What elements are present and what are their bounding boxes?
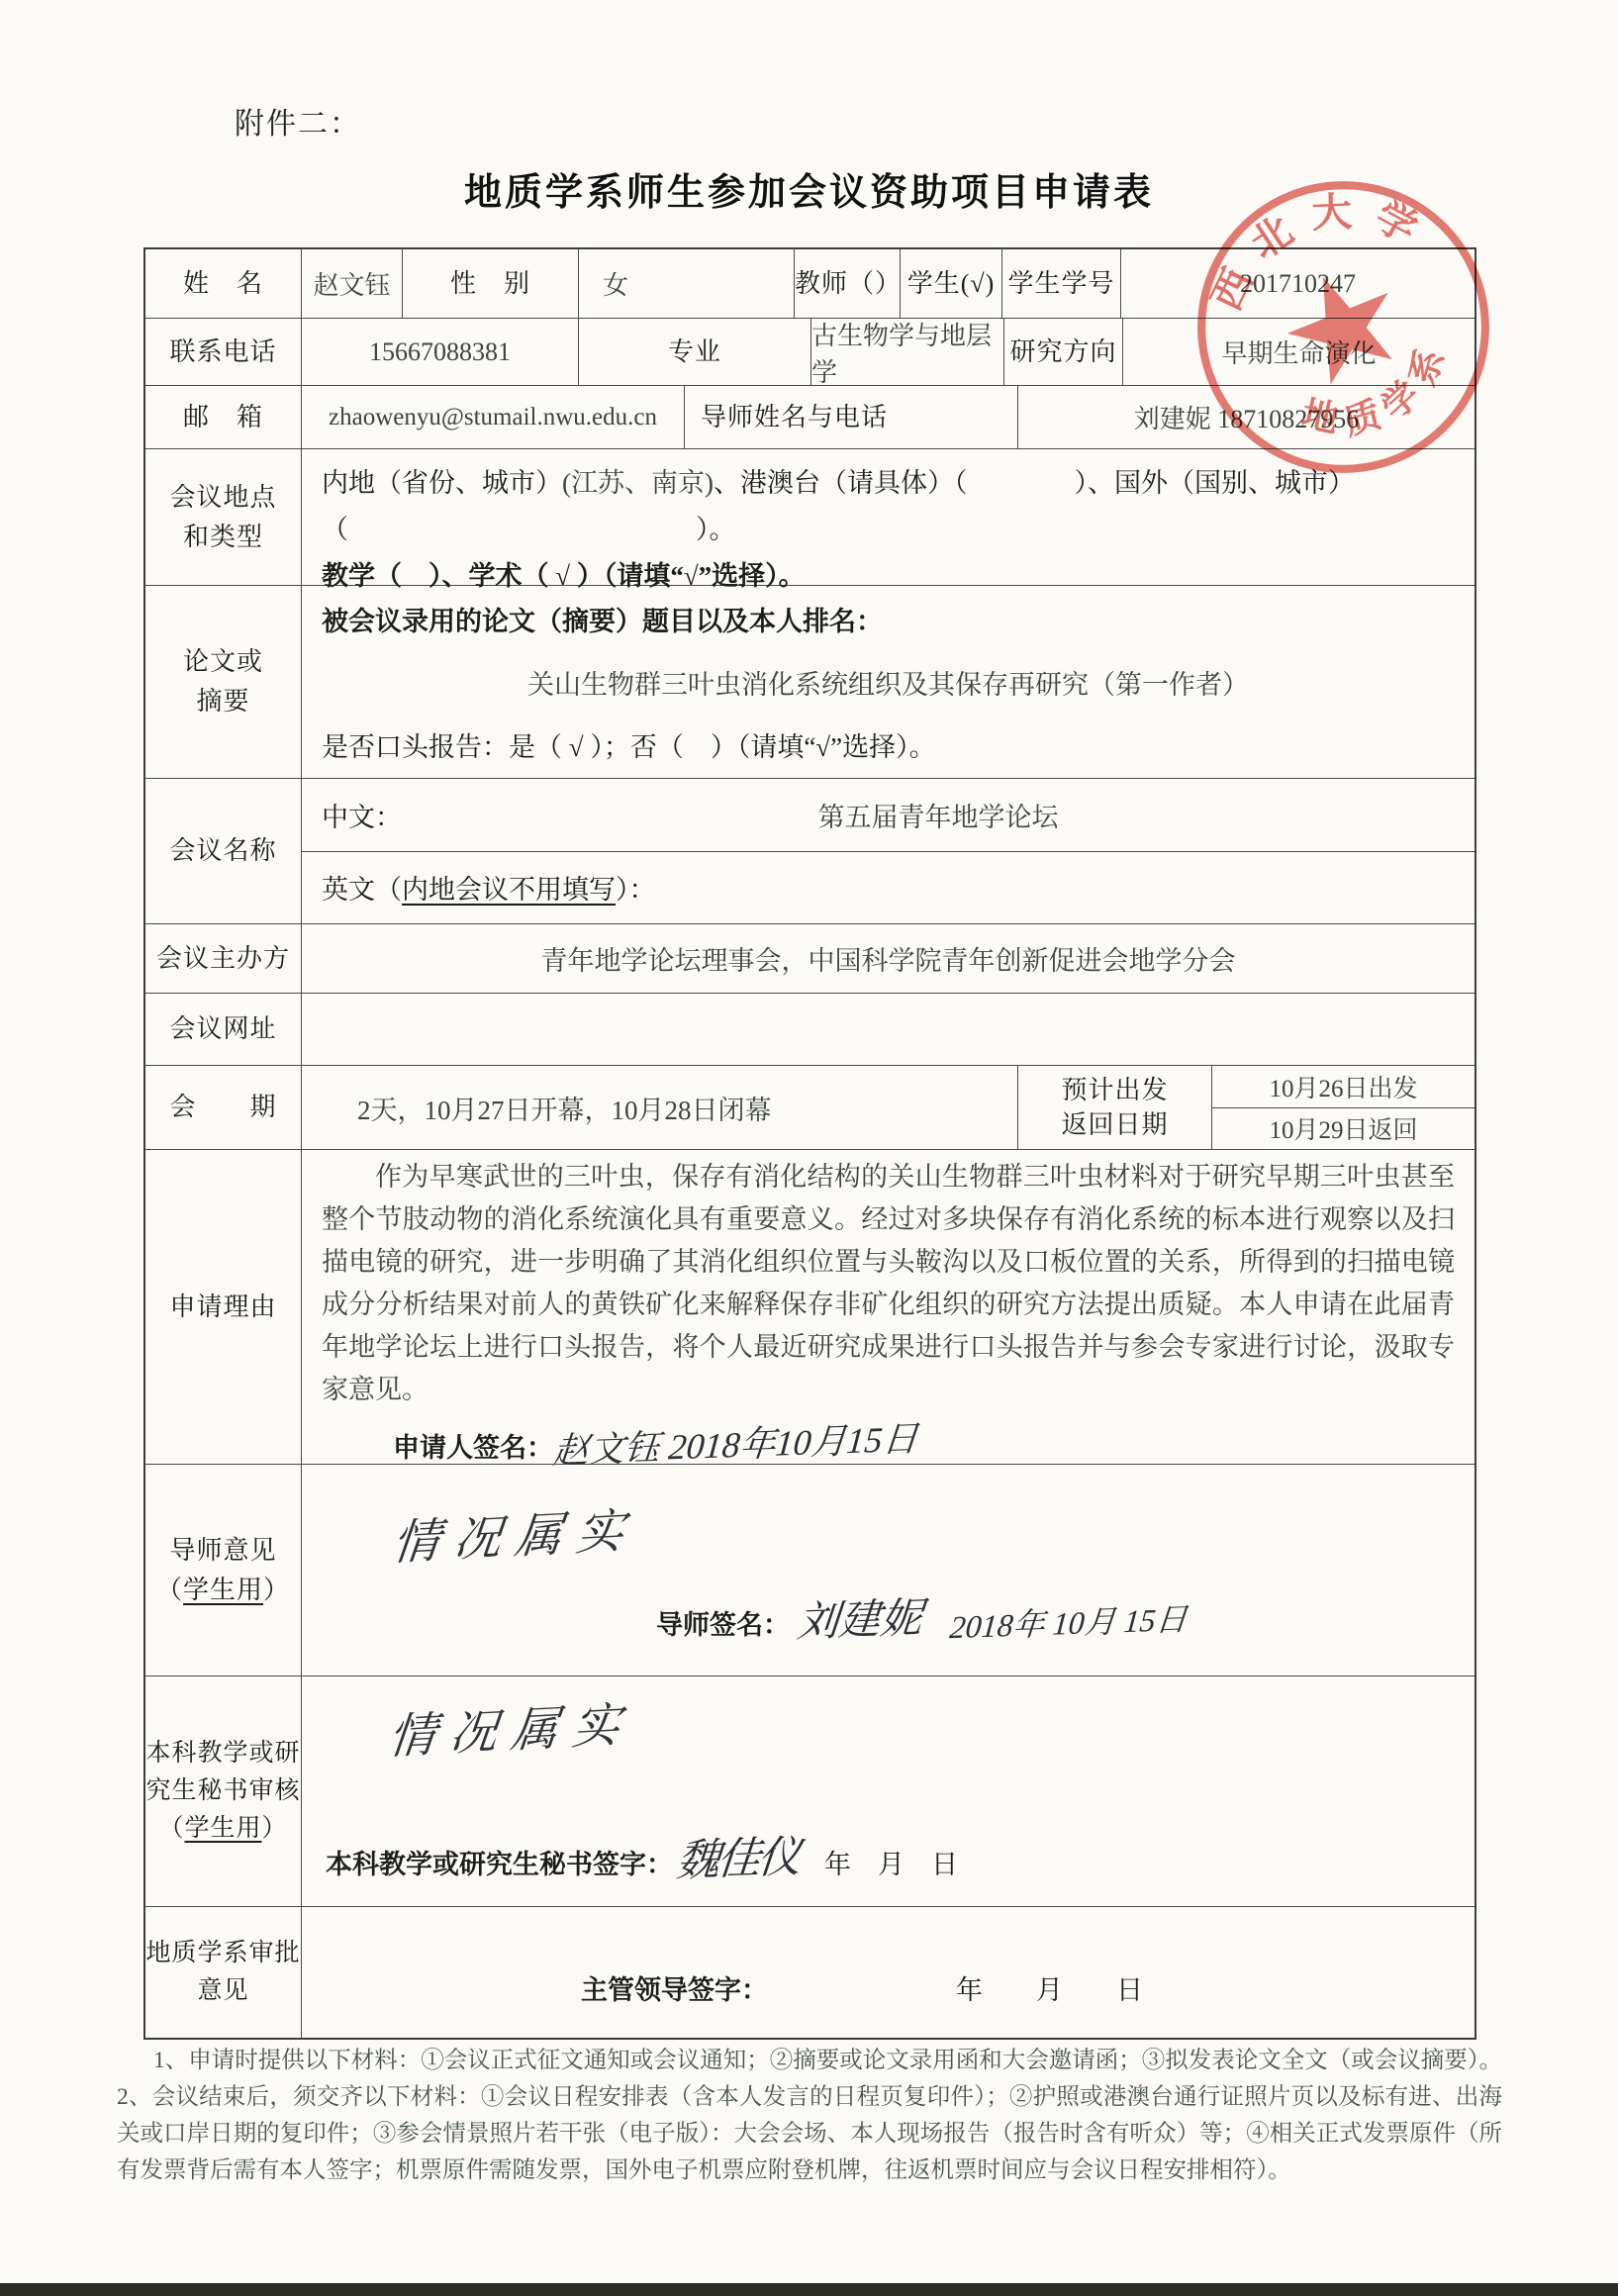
row-contact: 联系电话 15667088381 专业 古生物学与地层学 研究方向 早期生命演化 — [145, 319, 1475, 386]
row-department-approval: 地质学系审批 意见 主管领导签字： 年 月 日 — [145, 1907, 1475, 2038]
meeting-name-content: 中文： 第五届青年地学论坛 英文（内地会议不用填写）： — [302, 779, 1475, 923]
advisor-opinion-student-use: 学生用 — [183, 1576, 263, 1604]
advisor-signature-label: 导师签名： — [656, 1603, 790, 1642]
reason-content: 作为早寒武世的三叶虫，保存有消化结构的关山生物群三叶虫材料对于研究早期三叶虫甚至… — [302, 1150, 1475, 1464]
phone-label: 联系电话 — [145, 319, 302, 385]
paper-abstract-label: 论文或 摘要 — [145, 586, 302, 778]
department-approval-label-line1: 地质学系审批 — [145, 1935, 300, 1972]
leader-signature-line: 主管领导签字： 年 月 日 — [581, 1968, 1143, 2007]
row-paper-abstract: 论文或 摘要 被会议录用的论文（摘要）题目以及本人排名： 关山生物群三叶虫消化系… — [145, 586, 1475, 779]
secretary-review-paren-close: ） — [262, 1815, 288, 1842]
secretary-comment-handwriting: 情况属实 — [386, 1685, 638, 1767]
advisor-comment-handwriting: 情况属实 — [390, 1491, 642, 1573]
location-mainland-value: (江苏、南京) — [562, 468, 714, 498]
meeting-name-cn-row: 中文： 第五届青年地学论坛 — [302, 779, 1475, 852]
advisor-opinion-label-line2: （学生用） — [156, 1571, 290, 1610]
meeting-name-en-suffix: ）： — [616, 868, 656, 907]
row-email-advisor: 邮 箱 zhaowenyu@stumail.nwu.edu.cn 导师姓名与电话… — [145, 386, 1475, 449]
secretary-review-label-line3: （学生用） — [158, 1810, 287, 1848]
student-id-label: 学生学号 — [1002, 249, 1121, 318]
advisor-label: 导师姓名与电话 — [685, 386, 1018, 448]
secretary-date-placeholder: 年 月 日 — [824, 1843, 958, 1881]
location-line2: （ ）。 — [322, 508, 1455, 546]
paper-abstract-content: 被会议录用的论文（摘要）题目以及本人排名： 关山生物群三叶虫消化系统组织及其保存… — [302, 586, 1475, 778]
row-organizer: 会议主办方 青年地学论坛理事会，中国科学院青年创新促进会地学分会 — [145, 924, 1475, 994]
gender-label: 性 别 — [403, 249, 579, 318]
secretary-signature-label: 本科教学或研究生秘书签字： — [326, 1843, 673, 1881]
depart-return-label-line2: 返回日期 — [1061, 1107, 1168, 1142]
advisor-opinion-label-line1: 导师意见 — [169, 1531, 276, 1571]
research-direction-value: 早期生命演化 — [1123, 319, 1475, 385]
depart-return-label: 预计出发 返回日期 — [1018, 1066, 1212, 1149]
meeting-name-cn-value: 第五届青年地学论坛 — [402, 796, 1475, 834]
major-label: 专业 — [579, 319, 811, 385]
secretary-review-label-line1: 本科教学或研 — [145, 1735, 300, 1772]
paper-title-prompt: 被会议录用的论文（摘要）题目以及本人排名： — [322, 600, 1455, 638]
footer-note: 1、申请时提供以下材料：①会议正式征文通知或会议通知；②摘要或论文录用函和大会邀… — [117, 2043, 1502, 2189]
website-label: 会议网址 — [145, 994, 302, 1065]
secretary-review-student-use: 学生用 — [184, 1815, 261, 1842]
location-type-content: 内地（省份、城市）(江苏、南京)、港澳台（请具体）（ ）、国外（国别、城市） （… — [302, 449, 1475, 585]
location-line1: 内地（省份、城市）(江苏、南京)、港澳台（请具体）（ ）、国外（国别、城市） — [322, 461, 1455, 500]
dates-duration-value: 2天，10月27日开幕，10月28日闭幕 — [302, 1066, 1018, 1149]
student-checkbox-label: 学生(√) — [901, 249, 1002, 318]
applicant-signature-line: 申请人签名： 赵文钰 2018年10月15日 — [393, 1417, 1455, 1468]
organizer-label: 会议主办方 — [145, 924, 302, 993]
phone-value: 15667088381 — [302, 319, 579, 385]
secretary-review-label: 本科教学或研 究生秘书审核 （学生用） — [145, 1676, 302, 1906]
meeting-name-cn-label: 中文： — [322, 796, 402, 834]
leader-signature-label: 主管领导签字： — [581, 1968, 768, 2007]
page-title: 地质学系师生参加会议资助项目申请表 — [0, 161, 1618, 216]
name-value: 赵文钰 — [302, 249, 403, 318]
row-dates: 会 期 2天，10月27日开幕，10月28日闭幕 预计出发 返回日期 10月26… — [145, 1066, 1475, 1150]
advisor-opinion-label: 导师意见 （学生用） — [145, 1465, 302, 1675]
row-meeting-name: 会议名称 中文： 第五届青年地学论坛 英文（内地会议不用填写）： — [145, 779, 1475, 924]
major-value: 古生物学与地层学 — [811, 319, 1004, 385]
attachment-label: 附件二： — [235, 99, 361, 143]
student-id-value: 201710247 — [1121, 249, 1475, 318]
row-website: 会议网址 — [145, 994, 1475, 1066]
applicant-signature-label: 申请人签名： — [393, 1426, 553, 1465]
reason-label: 申请理由 — [145, 1150, 302, 1464]
row-secretary-review: 本科教学或研 究生秘书审核 （学生用） 情况属实 本科教学或研究生秘书签字： 魏… — [145, 1676, 1475, 1907]
website-value — [302, 994, 1475, 1065]
department-approval-label: 地质学系审批 意见 — [145, 1907, 302, 2038]
row-advisor-opinion: 导师意见 （学生用） 情况属实 导师签名： 刘建妮 2018年 10月 15日 — [145, 1465, 1475, 1676]
leader-date-placeholder: 年 月 日 — [956, 1968, 1143, 2007]
department-approval-content: 主管领导签字： 年 月 日 — [302, 1907, 1475, 2038]
secretary-review-label-line2: 究生秘书审核 — [145, 1772, 300, 1810]
secretary-review-content: 情况属实 本科教学或研究生秘书签字： 魏佳仪 年 月 日 — [302, 1676, 1475, 1906]
advisor-value: 刘建妮 18710827956 — [1018, 386, 1475, 448]
paper-abstract-label-line1: 论文或 — [183, 642, 263, 682]
research-direction-label: 研究方向 — [1004, 319, 1123, 385]
depart-date-value: 10月26日出发 — [1212, 1066, 1475, 1108]
advisor-signature-value: 刘建妮 — [795, 1585, 924, 1650]
dates-label: 会 期 — [145, 1066, 302, 1149]
oral-report-line: 是否口头报告：是（ √ ）；否（ ）（请填“√”选择）。 — [322, 725, 1455, 764]
email-label: 邮 箱 — [145, 386, 302, 448]
depart-return-values: 10月26日出发 10月29日返回 — [1212, 1066, 1475, 1149]
meeting-name-en-row: 英文（内地会议不用填写）： — [302, 852, 1475, 924]
secretary-signature-line: 本科教学或研究生秘书签字： 魏佳仪 年 月 日 — [326, 1823, 958, 1886]
row-location-type: 会议地点 和类型 内地（省份、城市）(江苏、南京)、港澳台（请具体）（ ）、国外… — [145, 449, 1475, 586]
row-name: 姓 名 赵文钰 性 别 女 教师（） 学生(√) 学生学号 201710247 — [145, 249, 1475, 319]
scan-edge-strip — [0, 2283, 1618, 2296]
application-form-table: 姓 名 赵文钰 性 别 女 教师（） 学生(√) 学生学号 201710247 … — [143, 247, 1476, 2040]
email-value: zhaowenyu@stumail.nwu.edu.cn — [302, 386, 685, 448]
paper-title-value: 关山生物群三叶虫消化系统组织及其保存再研究（第一作者） — [322, 663, 1455, 702]
return-date-value: 10月29日返回 — [1212, 1108, 1475, 1150]
paper-abstract-label-line2: 摘要 — [196, 682, 249, 721]
meeting-name-en-prefix: 英文（ — [322, 868, 402, 907]
location-mainland-label: 内地（省份、城市） — [322, 468, 562, 498]
location-hmt-abroad-label: 、港澳台（请具体）（ ）、国外（国别、城市） — [714, 468, 1355, 498]
teacher-checkbox-label: 教师（） — [795, 249, 901, 318]
row-reason: 申请理由 作为早寒武世的三叶虫，保存有消化结构的关山生物群三叶虫材料对于研究早期… — [145, 1150, 1475, 1465]
reason-paragraph: 作为早寒武世的三叶虫，保存有消化结构的关山生物群三叶虫材料对于研究早期三叶虫甚至… — [322, 1156, 1455, 1411]
meeting-name-en-note: 内地会议不用填写 — [402, 868, 616, 907]
depart-return-label-line1: 预计出发 — [1061, 1073, 1168, 1107]
secretary-signature-value: 魏佳仪 — [674, 1821, 802, 1889]
location-type-label: 会议地点 和类型 — [145, 449, 302, 585]
location-type-label-line2: 和类型 — [183, 518, 263, 557]
advisor-signature-date: 2018年 10月 15日 — [948, 1594, 1190, 1649]
advisor-opinion-paren-close: ） — [263, 1576, 290, 1604]
meeting-name-label: 会议名称 — [145, 779, 302, 923]
organizer-value: 青年地学论坛理事会，中国科学院青年创新促进会地学分会 — [302, 924, 1475, 993]
secretary-review-paren-open: （ — [158, 1815, 184, 1842]
advisor-opinion-content: 情况属实 导师签名： 刘建妮 2018年 10月 15日 — [302, 1465, 1475, 1675]
location-type-label-line1: 会议地点 — [169, 478, 276, 518]
scanned-application-form: { "page": { "attachment": "附件二：", "title… — [0, 0, 1618, 2296]
department-approval-label-line2: 意见 — [197, 1972, 248, 2010]
advisor-signature-line: 导师签名： 刘建妮 2018年 10月 15日 — [656, 1587, 1188, 1647]
gender-value: 女 — [579, 249, 795, 318]
advisor-opinion-paren-open: （ — [156, 1576, 183, 1604]
name-label: 姓 名 — [145, 249, 302, 318]
